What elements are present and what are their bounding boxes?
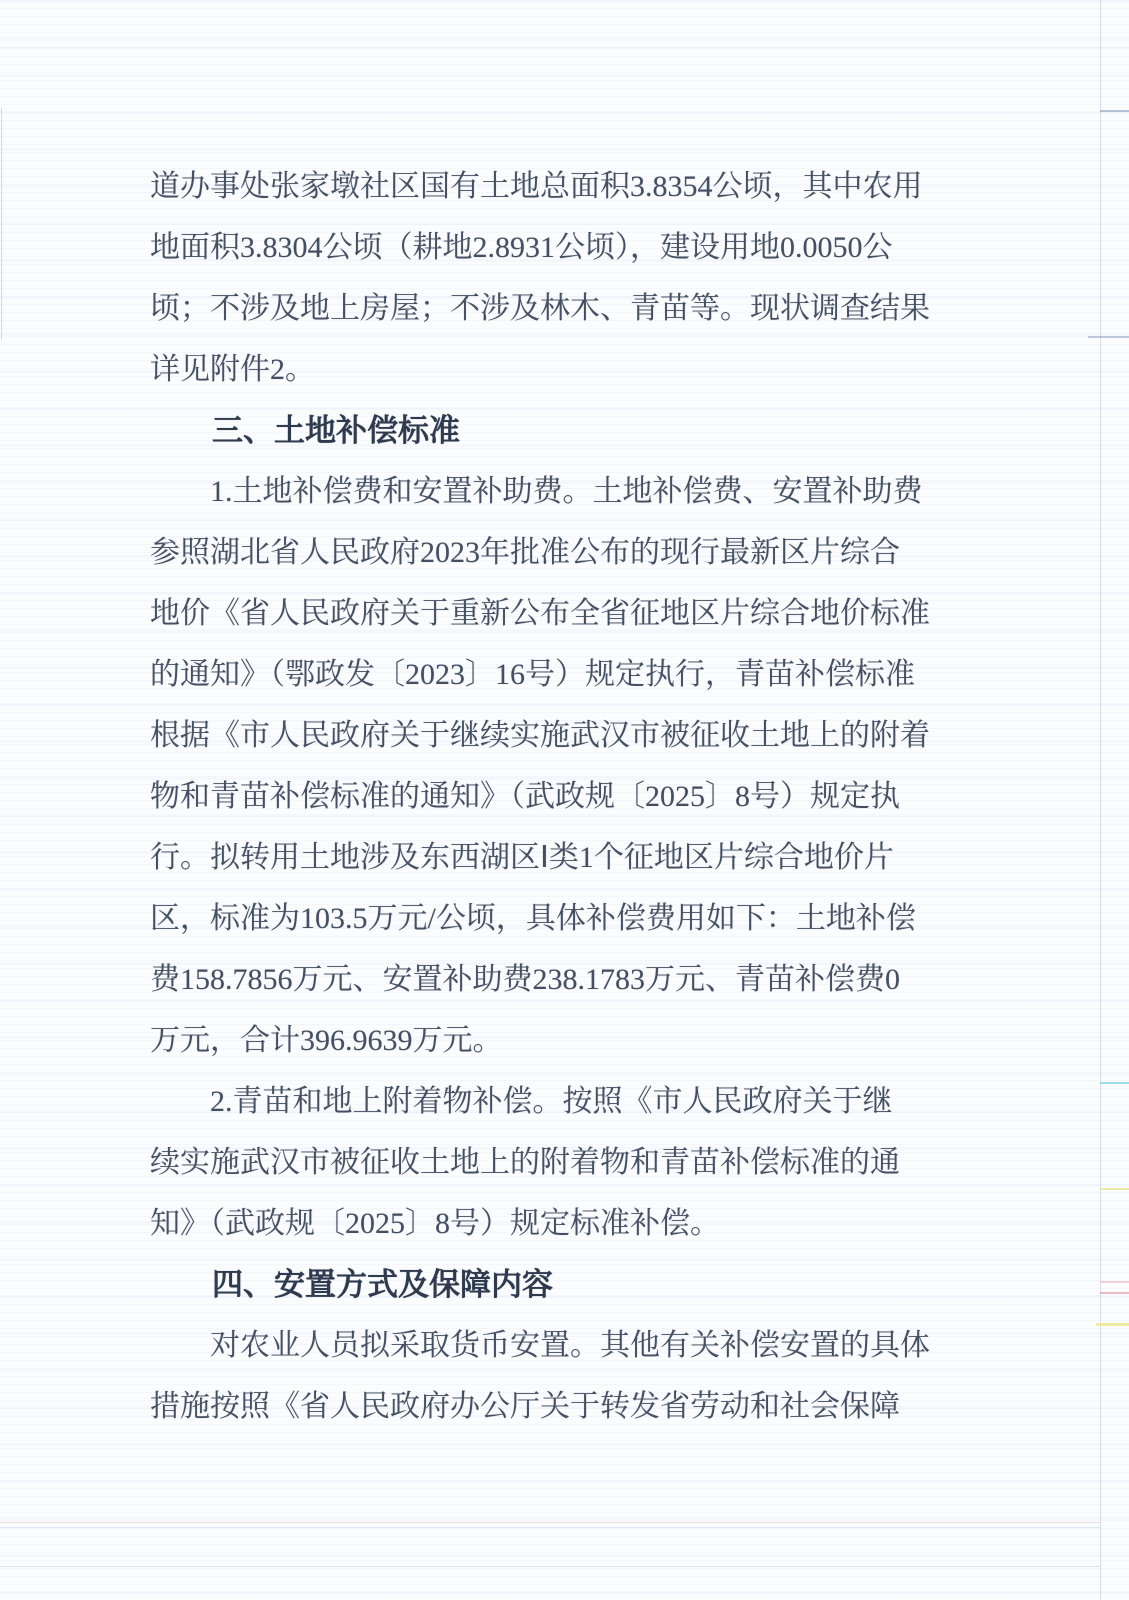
document-line: 四、安置方式及保障内容: [150, 1254, 960, 1315]
document-line: 万元，合计396.9639万元。: [150, 1010, 960, 1071]
document-line: 的通知》（鄂政发〔2023〕16号）规定执行，青苗补偿标准: [150, 644, 960, 705]
document-line: 物和青苗补偿标准的通知》（武政规〔2025〕8号）规定执: [150, 766, 960, 827]
scan-artifact-pink-tick: [1100, 1281, 1129, 1283]
document-line: 1.土地补偿费和安置补助费。土地补偿费、安置补助费: [150, 461, 960, 522]
scan-artifact-yellow-tick-2: [1096, 1323, 1129, 1326]
scan-artifact-right-vertical-line: [1100, 0, 1101, 1600]
scan-artifact-yellow-tick-1: [1100, 1188, 1129, 1190]
document-line: 道办事处张家墩社区国有土地总面积3.8354公顷，其中农用: [150, 156, 960, 217]
document-line: 费158.7856万元、安置补助费238.1783万元、青苗补偿费0: [150, 949, 960, 1010]
document-line: 知》（武政规〔2025〕8号）规定标准补偿。: [150, 1193, 960, 1254]
document-line: 地价《省人民政府关于重新公布全省征地区片综合地价标准: [150, 583, 960, 644]
scan-artifact-bottom-hline-1: [0, 1522, 1100, 1523]
document-line: 详见附件2。: [150, 339, 960, 400]
document-line: 参照湖北省人民政府2023年批准公布的现行最新区片综合: [150, 522, 960, 583]
scan-artifact-bottom-hline-3: [0, 1566, 1100, 1567]
scan-artifact-cyan-tick: [1100, 1082, 1129, 1084]
document-line: 行。拟转用土地涉及东西湖区Ⅰ类1个征地区片综合地价片: [150, 827, 960, 888]
document-line: 地面积3.8304公顷（耕地2.8931公顷），建设用地0.0050公: [150, 217, 960, 278]
scanned-document-page: 道办事处张家墩社区国有土地总面积3.8354公顷，其中农用 地面积3.8304公…: [0, 0, 1129, 1600]
scan-artifact-mid-tick: [1088, 336, 1129, 338]
document-line: 根据《市人民政府关于继续实施武汉市被征收土地上的附着: [150, 705, 960, 766]
document-line: 措施按照《省人民政府办公厅关于转发省劳动和社会保障: [150, 1376, 960, 1437]
document-text-block: 道办事处张家墩社区国有土地总面积3.8354公顷，其中农用 地面积3.8304公…: [150, 156, 960, 1437]
document-line: 三、土地补偿标准: [150, 400, 960, 461]
scan-artifact-left-vertical-line: [1, 108, 2, 340]
scan-artifact-top-hline: [0, 47, 1129, 48]
scan-artifact-bottom-hline-2: [0, 1527, 1100, 1528]
scan-artifact-top-tick: [1100, 110, 1129, 112]
document-line: 对农业人员拟采取货币安置。其他有关补偿安置的具体: [150, 1315, 960, 1376]
document-line: 2.青苗和地上附着物补偿。按照《市人民政府关于继: [150, 1071, 960, 1132]
document-line: 区，标准为103.5万元/公顷，具体补偿费用如下：土地补偿: [150, 888, 960, 949]
document-line: 顷；不涉及地上房屋；不涉及林木、青苗等。现状调查结果: [150, 278, 960, 339]
document-line: 续实施武汉市被征收土地上的附着物和青苗补偿标准的通: [150, 1132, 960, 1193]
scan-artifact-red-tick: [1100, 1292, 1129, 1294]
